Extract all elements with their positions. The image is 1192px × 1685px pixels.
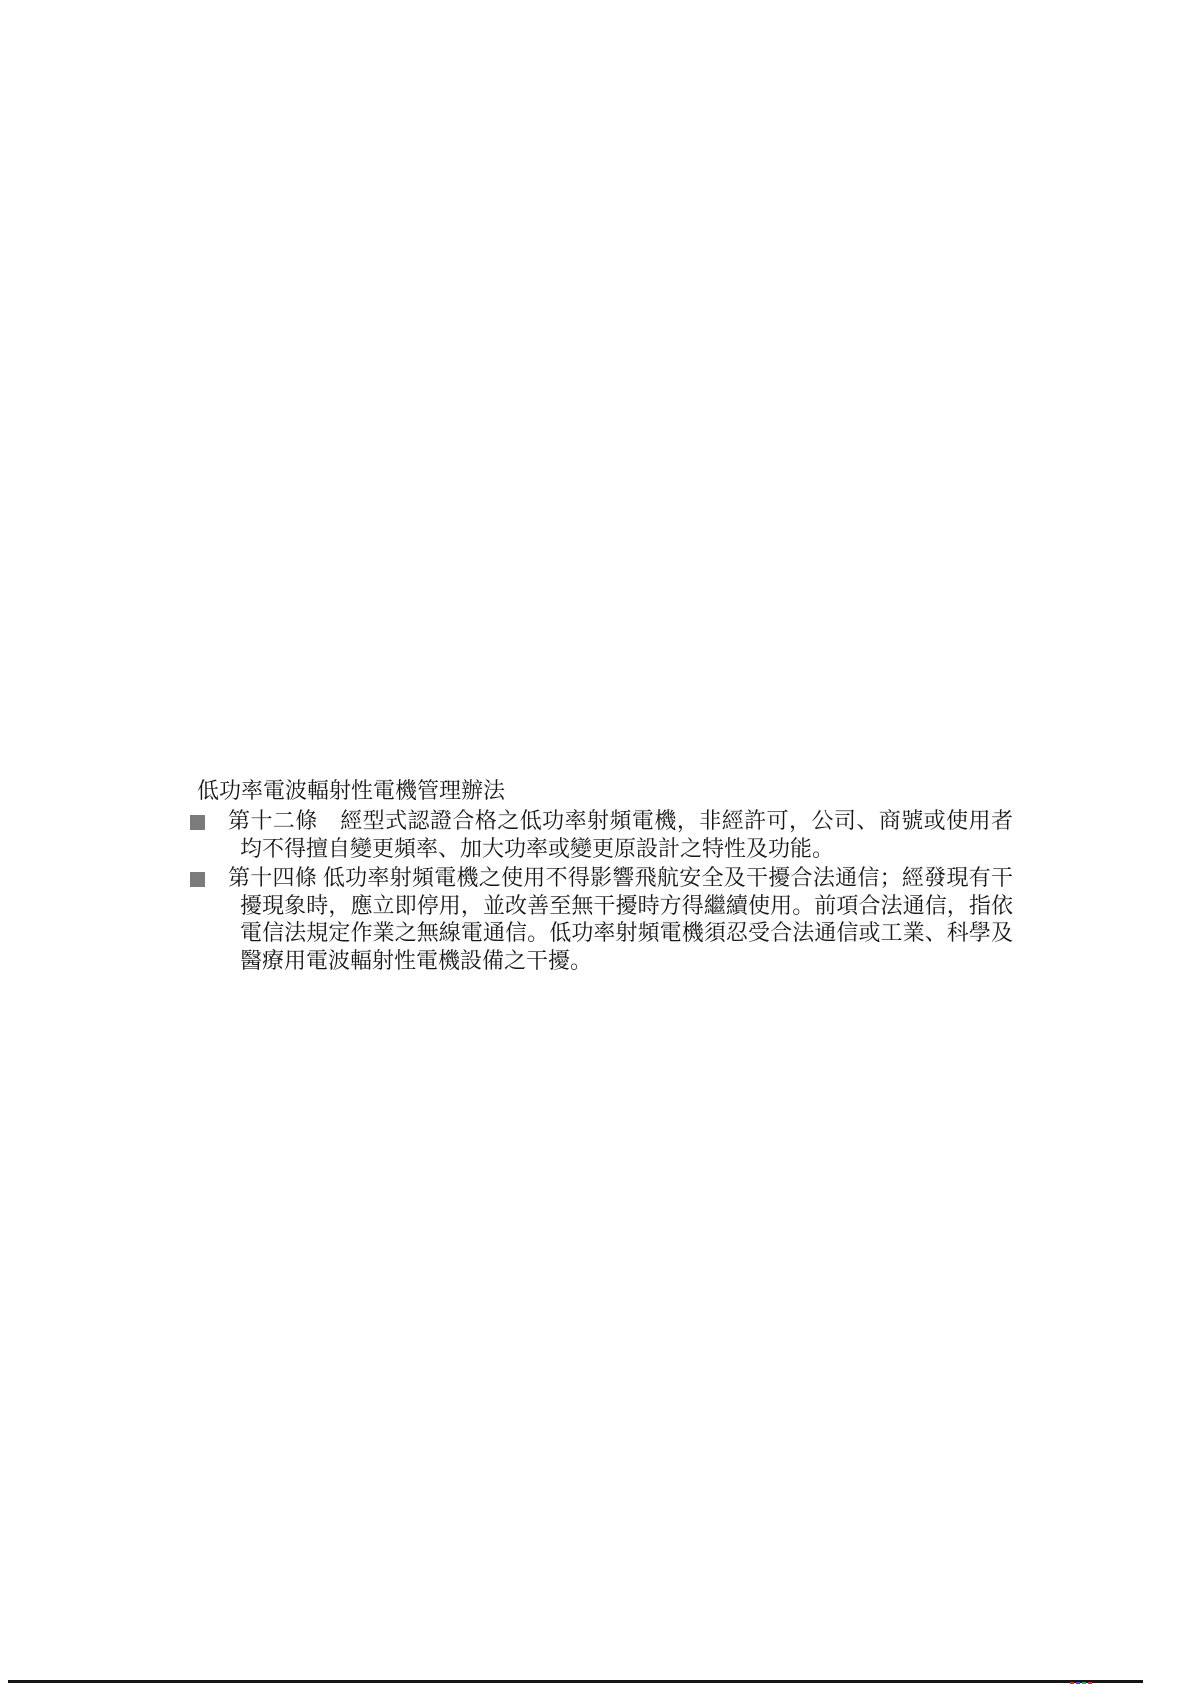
scan-artifact (1088, 1682, 1092, 1684)
regulation-title: 低功率電波輻射性電機管理辦法 (197, 777, 1022, 805)
page-bottom-edge-bar (8, 1680, 1143, 1683)
list-item: 第十四條 低功率射頻電機之使用不得影響飛航安全及干擾合法通信；經發現有干擾現象時… (190, 864, 1022, 974)
square-bullet-icon (190, 815, 205, 830)
list-item-text: 第十四條 低功率射頻電機之使用不得影響飛航安全及干擾合法通信；經發現有干擾現象時… (228, 864, 1013, 974)
scan-artifact (1070, 1682, 1074, 1684)
scan-artifact (1076, 1682, 1080, 1684)
list-item-text: 第十二條 經型式認證合格之低功率射頻電機，非經許可，公司、商號或使用者均不得擅自… (228, 807, 1013, 862)
square-bullet-icon (190, 872, 205, 887)
document-page: 低功率電波輻射性電機管理辦法 第十二條 經型式認證合格之低功率射頻電機，非經許可… (0, 0, 1192, 1685)
list-item: 第十二條 經型式認證合格之低功率射頻電機，非經許可，公司、商號或使用者均不得擅自… (190, 807, 1022, 862)
scan-artifact (1082, 1682, 1086, 1684)
regulation-notice: 低功率電波輻射性電機管理辦法 第十二條 經型式認證合格之低功率射頻電機，非經許可… (190, 777, 1022, 974)
